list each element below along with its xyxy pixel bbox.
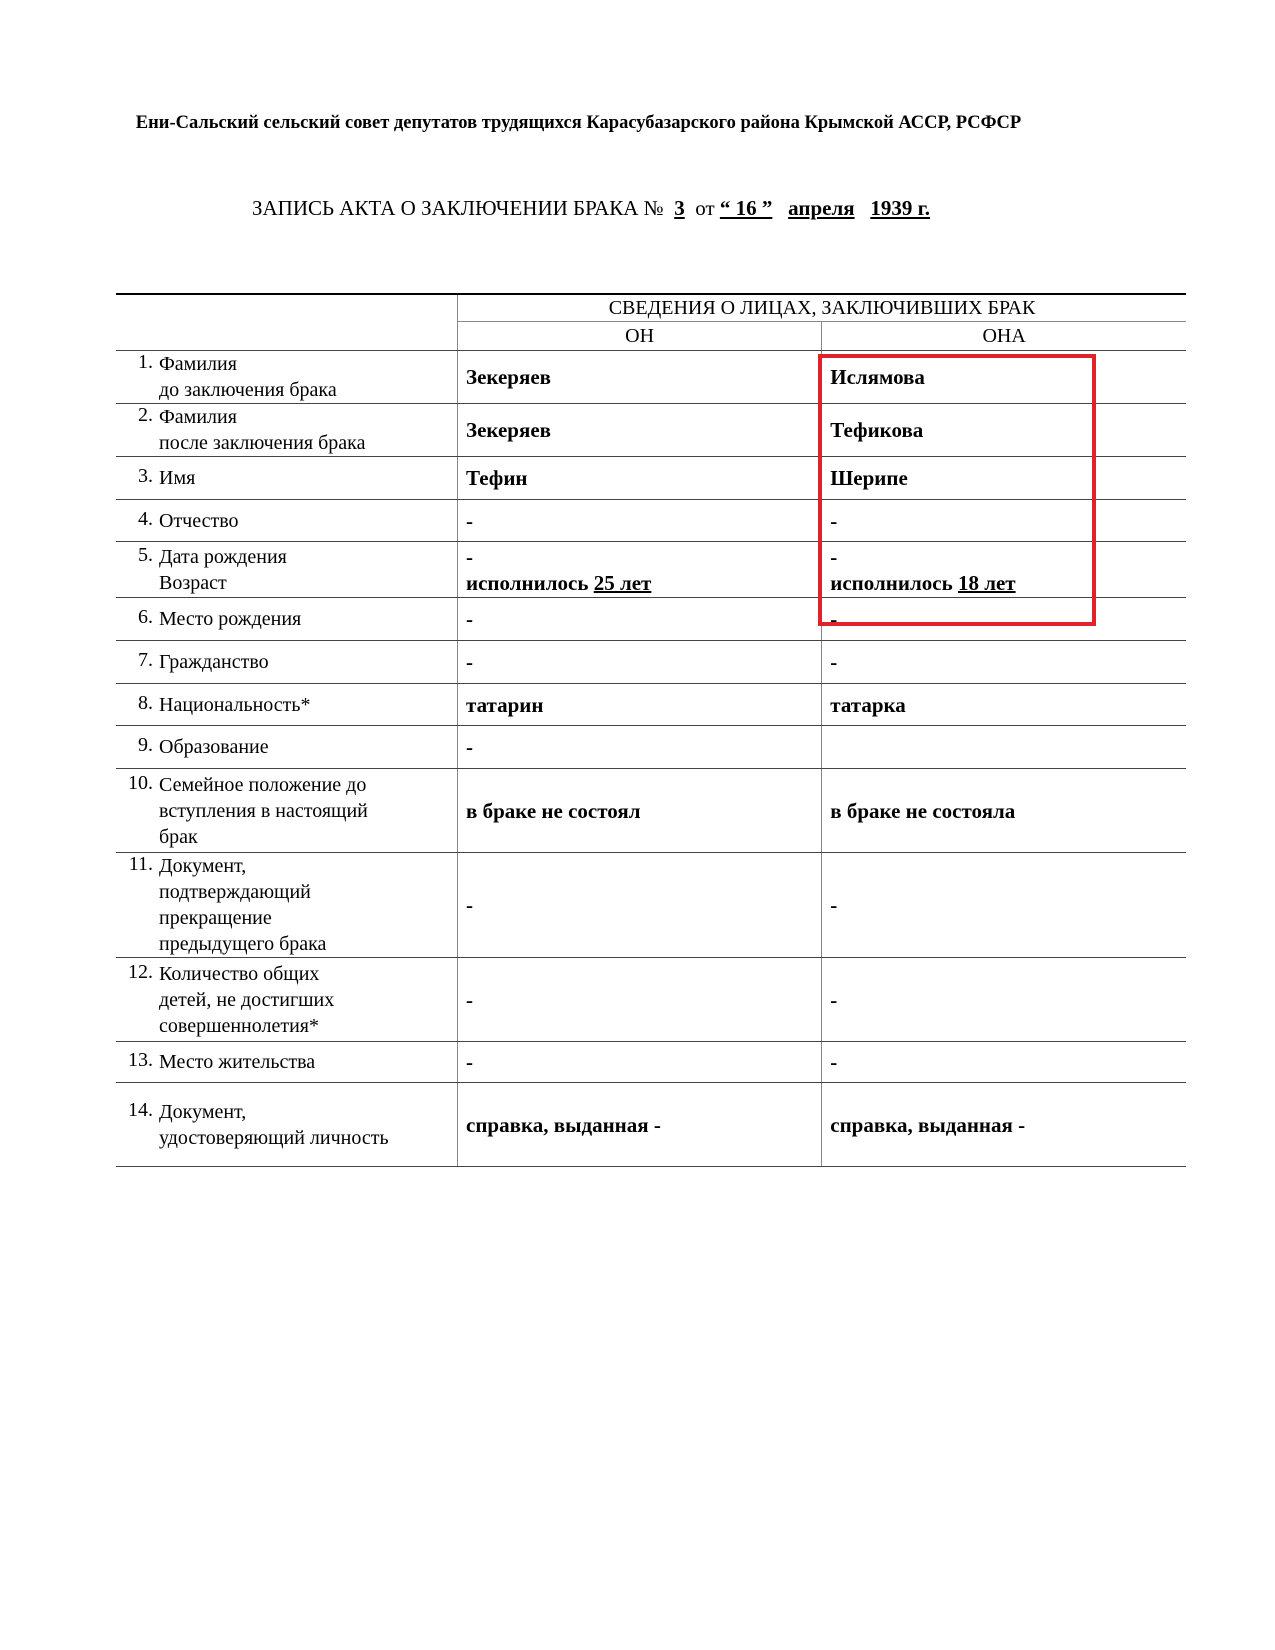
row-label: Семейное положение до [159,774,366,796]
she-birthdate: - [830,545,837,569]
table-row: 13.Место жительства - - [116,1042,1186,1083]
she-value: Шерипе [822,457,1186,500]
she-value: - [822,1042,1186,1083]
he-age: 25 лет [594,571,652,595]
record-day: “ 16 ” [720,196,773,220]
marriage-record-table: СВЕДЕНИЯ О ЛИЦАХ, ЗАКЛЮЧИВШИХ БРАК ОН ОН… [116,293,1186,1167]
he-value: - [458,958,822,1042]
table-row: 1.Фамилиядо заключения брака Зекеряев Ис… [116,351,1186,404]
he-value: Зекеряев [458,351,822,404]
record-year: 1939 г. [870,196,930,220]
row-label: Документ, [159,855,246,877]
he-value: - [458,598,822,641]
he-value: татарин [458,684,822,726]
he-value: - [458,500,822,542]
row-number: 12. [116,961,159,1039]
row-label: Фамилия [159,406,237,428]
table-row: 3.Имя Тефин Шерипе [116,457,1186,500]
row-label: Место рождения [159,606,301,632]
issuing-authority: Ени-Сальский сельский совет депутатов тр… [0,113,1275,134]
she-value: - [822,500,1186,542]
he-birthdate: - [466,545,473,569]
table-row: 5.Дата рожденияВозраст - исполнилось 25 … [116,542,1186,598]
he-value: - [458,853,822,958]
he-value: - [458,726,822,769]
she-birth-age: - исполнилось 18 лет [822,542,1186,598]
she-value: татарка [822,684,1186,726]
row-label: Гражданство [159,649,269,675]
he-value: - [458,641,822,684]
table-row: 8.Национальность* татарин татарка [116,684,1186,726]
she-value: Ислямова [822,351,1186,404]
row-number: 7. [116,649,159,675]
table-row: 4.Отчество - - [116,500,1186,542]
she-value: - [822,641,1186,684]
row-number: 5. [116,544,159,596]
table-row: 6.Место рождения - - [116,598,1186,641]
row-number: 11. [116,853,159,957]
table-row: 10.Семейное положение довступления в нас… [116,769,1186,853]
row-label: совершеннолетия* [159,1015,319,1037]
she-value: справка, выданная - [822,1083,1186,1167]
issuing-authority-text: Ени-Сальский сельский совет депутатов тр… [136,113,1021,134]
row-label: Возраст [159,572,227,594]
she-value: Тефикова [822,404,1186,457]
row-label: прекращение [159,907,272,929]
row-number: 10. [116,772,159,850]
he-value: справка, выданная - [458,1083,822,1167]
row-label: Дата рождения [159,546,287,568]
row-number: 6. [116,606,159,632]
table-row: 2.Фамилияпосле заключения брака Зекеряев… [116,404,1186,457]
row-label: Документ, [159,1101,246,1123]
row-label: Национальность* [159,692,311,718]
he-age-prefix: исполнилось [466,571,588,595]
group-header: СВЕДЕНИЯ О ЛИЦАХ, ЗАКЛЮЧИВШИХ БРАК [458,294,1187,322]
column-header-she: ОНА [822,322,1186,351]
she-value: в браке не состояла [822,769,1186,853]
record-number: 3 [674,196,685,220]
she-value: - [822,958,1186,1042]
row-label: до заключения брака [159,379,337,401]
she-value: - [822,853,1186,958]
table-row: 7.Гражданство - - [116,641,1186,684]
row-label: предыдущего брака [159,933,326,955]
table-row: 14.Документ,удостоверяющий личность спра… [116,1083,1186,1167]
row-label: Количество общих [159,963,319,985]
column-header-he: ОН [458,322,822,351]
row-label: Имя [159,465,195,491]
she-value: - [822,598,1186,641]
table-row: 11.Документ,подтверждающийпрекращениепре… [116,853,1186,958]
row-label: детей, не достигших [159,989,334,1011]
row-number: 2. [116,404,159,456]
table-row: 12.Количество общихдетей, не достигшихсо… [116,958,1186,1042]
she-age: 18 лет [958,571,1016,595]
he-value: - [458,1042,822,1083]
row-number: 14. [116,1099,159,1151]
row-label: Фамилия [159,353,237,375]
row-number: 9. [116,734,159,760]
record-month: апреля [788,196,854,220]
row-label: Отчество [159,508,239,534]
row-number: 4. [116,508,159,534]
row-label: после заключения брака [159,432,365,454]
row-number: 1. [116,351,159,403]
row-label: брак [159,826,198,848]
row-number: 13. [116,1049,159,1075]
from-label: от [695,196,714,220]
row-label: вступления в настоящий [159,800,368,822]
row-label: Образование [159,734,269,760]
row-number: 8. [116,692,159,718]
row-label: подтверждающий [159,881,311,903]
record-title: ЗАПИСЬ АКТА О ЗАКЛЮЧЕНИИ БРАКА № 3 от “ … [0,196,1275,221]
row-label: удостоверяющий личность [159,1127,389,1149]
she-value [822,726,1186,769]
he-value: Зекеряев [458,404,822,457]
row-number: 3. [116,465,159,491]
row-label: Место жительства [159,1049,315,1075]
she-age-prefix: исполнилось [830,571,952,595]
he-value: в браке не состоял [458,769,822,853]
table-row: 9.Образование - [116,726,1186,769]
he-birth-age: - исполнилось 25 лет [458,542,822,598]
he-value: Тефин [458,457,822,500]
title-prefix: ЗАПИСЬ АКТА О ЗАКЛЮЧЕНИИ БРАКА № [252,196,664,220]
empty-header-cell [116,294,458,351]
